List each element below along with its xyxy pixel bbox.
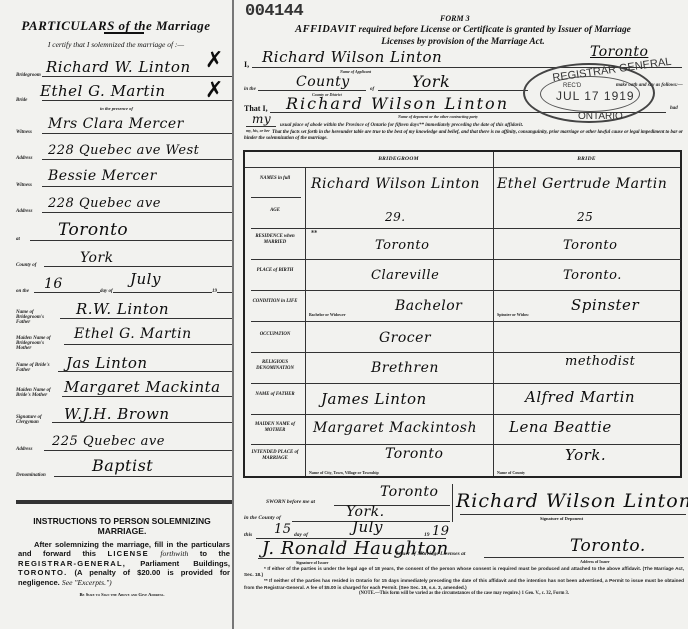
instructions-text: to the	[200, 549, 230, 558]
column-divider	[232, 0, 234, 629]
header-bride: BRIDE	[493, 152, 680, 167]
county-label: in the County of	[244, 516, 281, 521]
rule	[251, 259, 681, 260]
deponent-name: Richard Wilson Linton	[286, 94, 509, 113]
groom-birthplace: Clareville	[371, 268, 439, 283]
rule	[44, 450, 232, 451]
county-or-district-value: County	[296, 74, 350, 90]
rule	[62, 396, 232, 397]
rule	[54, 476, 232, 477]
particulars-table: BRIDEGROOM BRIDE NAMES in full Richard W…	[243, 150, 682, 478]
groom-residence: Toronto	[375, 238, 429, 253]
affidavit-word: AFFIDAVIT	[295, 24, 356, 35]
title-text: required before License or Certificate i…	[358, 25, 630, 35]
day-of-label: day of	[100, 289, 113, 294]
row-label-mother: MAIDEN NAME of MOTHER	[245, 422, 305, 433]
deponent-caption: Signature of Deponent	[540, 516, 583, 521]
clergyman-label: Signature of Clergyman	[16, 415, 56, 425]
rule	[42, 186, 232, 187]
place-value: Toronto	[58, 220, 128, 240]
rule	[251, 228, 681, 229]
groom-occupation: Grocer	[379, 330, 431, 346]
groom-father-value: R.W. Linton	[76, 300, 169, 318]
bride-name: Ethel Gertrude Martin	[497, 176, 667, 192]
instructions-title: INSTRUCTIONS TO PERSON SOLEMNIZING MARRI…	[10, 516, 234, 536]
forthwith-word: forthwith	[160, 549, 188, 558]
footnote-1: * If either of the parties is under the …	[244, 566, 684, 577]
row-label-residence: RESIDENCE when MARRIED	[245, 234, 305, 245]
rule	[30, 240, 232, 241]
rule	[378, 90, 528, 91]
bride-value: Ethel G. Martin	[40, 82, 166, 100]
groom-condition-caption: Bachelor or Widower	[309, 312, 346, 317]
denomination-label: Denomination	[16, 473, 46, 478]
i-prefix: I,	[244, 60, 249, 69]
row-label-birthplace: PLACE of BIRTH	[245, 268, 305, 274]
in-presence-text: in the presence of	[100, 106, 133, 111]
groom-religion: Brethren	[371, 360, 439, 376]
x-mark-icon: ✗	[205, 48, 224, 73]
deponent-signature: Richard Wilson Linton	[456, 490, 688, 512]
bride-age: 25	[577, 210, 593, 224]
rule	[42, 100, 232, 101]
marriage-record-document: PARTICULARS of the Marriage I certify th…	[0, 0, 688, 629]
rule	[44, 266, 232, 267]
row-label-religion: RELIGIOUS DENOMINATION	[245, 360, 305, 371]
instructions-footer: Be Sure to Sign the Above and Give Addre…	[10, 592, 234, 597]
city-caption: Name of City, Town, Village or Township	[309, 470, 379, 475]
form-label: FORM 3	[440, 14, 470, 23]
clergyman-signature: W.J.H. Brown	[64, 405, 170, 423]
sworn-label: SWORN before me at	[266, 500, 315, 505]
this-label: this	[244, 533, 252, 538]
title-rule	[104, 32, 144, 34]
bride-mother-label: Maiden Name of Bride's Mother	[16, 388, 60, 398]
groom-mother-value: Ethel G. Martin	[74, 326, 192, 342]
bride-birthplace: Toronto.	[563, 268, 622, 283]
title-text-line2: Licenses by provision of the Marriage Ac…	[381, 37, 544, 47]
rule	[251, 352, 681, 353]
toronto-word: TORONTO.	[18, 568, 67, 577]
registrar-word: REGISTRAR-GENERAL,	[18, 559, 126, 568]
at-label: at	[16, 237, 20, 242]
pronoun-value: my	[252, 112, 271, 126]
statement-text: That the facts set forth in the hereunde…	[244, 130, 684, 142]
rule	[258, 90, 366, 91]
sworn-place: Toronto	[380, 484, 438, 500]
footnote-3: (NOTE.—This form will be varied as the c…	[244, 591, 684, 597]
bride-father-label: Name of Bride's Father	[16, 363, 58, 373]
sworn-day: 15	[274, 522, 292, 537]
row-label-names: NAMES in full	[245, 176, 305, 182]
stamp-bottom-text: ONTARIO	[578, 111, 623, 122]
groom-father-label: Name of Bridegroom's Father	[16, 310, 56, 325]
bride-mother: Lena Beattie	[509, 418, 612, 436]
applicant-city: Toronto	[590, 44, 648, 60]
month-value: July	[130, 270, 161, 288]
year-prefix: 19	[212, 289, 217, 294]
abode-text: usual place of abode within the Province…	[280, 123, 523, 128]
day-value: 16	[44, 276, 63, 292]
row-label-age: AGE	[245, 208, 305, 214]
footnote-2: ** If neither of the parties has resided…	[244, 578, 684, 589]
clergyman-address: 225 Quebec ave	[52, 434, 165, 449]
intended-city: Toronto	[385, 446, 443, 462]
stamp-date: JUL 17 1919	[556, 89, 635, 103]
witness-2-address: 228 Quebec ave	[48, 196, 161, 211]
license-word: LICENSE	[108, 549, 149, 558]
col-rule	[493, 152, 494, 476]
witness-1-address: 228 Quebec ave West	[48, 143, 199, 158]
bride-condition: Spinster	[571, 296, 639, 314]
rule	[251, 383, 681, 384]
address-label: Address	[16, 447, 32, 452]
rule	[42, 212, 232, 213]
divider-bar	[16, 500, 234, 504]
deponent-caption: Name of deponent or the other contractin…	[398, 114, 478, 119]
bridegroom-value: Richard W. Linton	[46, 58, 191, 76]
row-label-intended-place: INTENDED PLACE of MARRIAGE	[245, 450, 305, 461]
rule	[251, 444, 681, 445]
x-mark-icon: ✗	[205, 78, 224, 103]
rule	[245, 167, 680, 168]
in-the-label: in the	[244, 87, 256, 92]
of-label: of	[370, 87, 374, 92]
bride-mother-value: Margaret Mackinta	[64, 378, 221, 396]
county-value: York	[80, 250, 114, 266]
address-label: Address	[16, 156, 32, 161]
certificate-number: 004144	[245, 2, 303, 21]
rule	[246, 126, 276, 127]
footnotes: * If either of the parties is under the …	[244, 566, 684, 597]
applicant-name: Richard Wilson Linton	[262, 48, 442, 66]
witness-2-value: Bessie Mercer	[48, 168, 157, 184]
groom-father: James Linton	[321, 390, 427, 408]
row-label-father: NAME of FATHER	[245, 392, 305, 398]
rule	[64, 344, 232, 345]
issuer-label: Issuer of Marriage Licenses at	[396, 552, 465, 557]
rule	[251, 321, 681, 322]
groom-mother: Margaret Mackintosh	[313, 420, 477, 436]
groom-name: Richard Wilson Linton	[311, 176, 480, 192]
had-label: had	[670, 106, 678, 111]
certify-text: I certify that I solemnized the marriage…	[0, 40, 232, 49]
groom-age: 29.	[385, 210, 406, 224]
groom-condition: Bachelor	[395, 298, 462, 314]
bride-label: Bride	[16, 98, 27, 103]
rule	[251, 197, 301, 198]
witness-1-value: Mrs Clara Mercer	[48, 116, 184, 132]
intended-county: York.	[565, 446, 606, 464]
bride-condition-caption: Spinster or Widow	[497, 312, 529, 317]
denomination-value: Baptist	[92, 456, 153, 475]
rule	[60, 318, 232, 319]
rule	[251, 290, 681, 291]
rule	[34, 292, 232, 293]
rule	[42, 76, 232, 77]
header-bridegroom: BRIDEGROOM	[305, 152, 492, 167]
sworn-year: 19	[432, 524, 450, 539]
row-label-occupation: OCCUPATION	[245, 332, 305, 338]
instructions-text: Parliament Buildings,	[140, 559, 230, 568]
rule	[42, 159, 232, 160]
address-label: Address	[16, 209, 32, 214]
rule	[484, 557, 684, 558]
bride-father: Alfred Martin	[525, 388, 635, 406]
issuer-address: Toronto.	[570, 536, 646, 556]
bridegroom-label: Bridegroom	[16, 73, 41, 78]
rule	[460, 514, 686, 515]
bride-residence: Toronto	[563, 238, 617, 253]
see-excerpts: See "Excerpts.")	[62, 578, 112, 587]
county-label: County of	[16, 263, 36, 268]
rule	[258, 558, 378, 559]
instructions-body: After solemnizing the marriage, fill in …	[18, 540, 230, 587]
bride-religion: methodist	[565, 354, 635, 369]
bride-father-value: Jas Linton	[66, 354, 148, 372]
issuer-sig-caption: Signature of Issuer	[296, 560, 328, 565]
county-caption: Name of County	[497, 470, 525, 475]
sworn-month: July	[352, 518, 383, 536]
groom-mother-label: Maiden Name of Bridegroom's Mother	[16, 336, 60, 351]
brace-rule	[452, 484, 453, 522]
witness-label: Witness	[16, 130, 32, 135]
county-name: York	[412, 72, 450, 91]
row-label-condition: CONDITION in LIFE	[245, 299, 305, 305]
issuer-address-caption: Address of Issuer	[580, 559, 610, 564]
rule	[42, 133, 232, 134]
on-the-label: on the	[16, 289, 29, 294]
witness-label: Witness	[16, 183, 32, 188]
residence-mark: **	[311, 230, 317, 237]
rule	[251, 414, 681, 415]
